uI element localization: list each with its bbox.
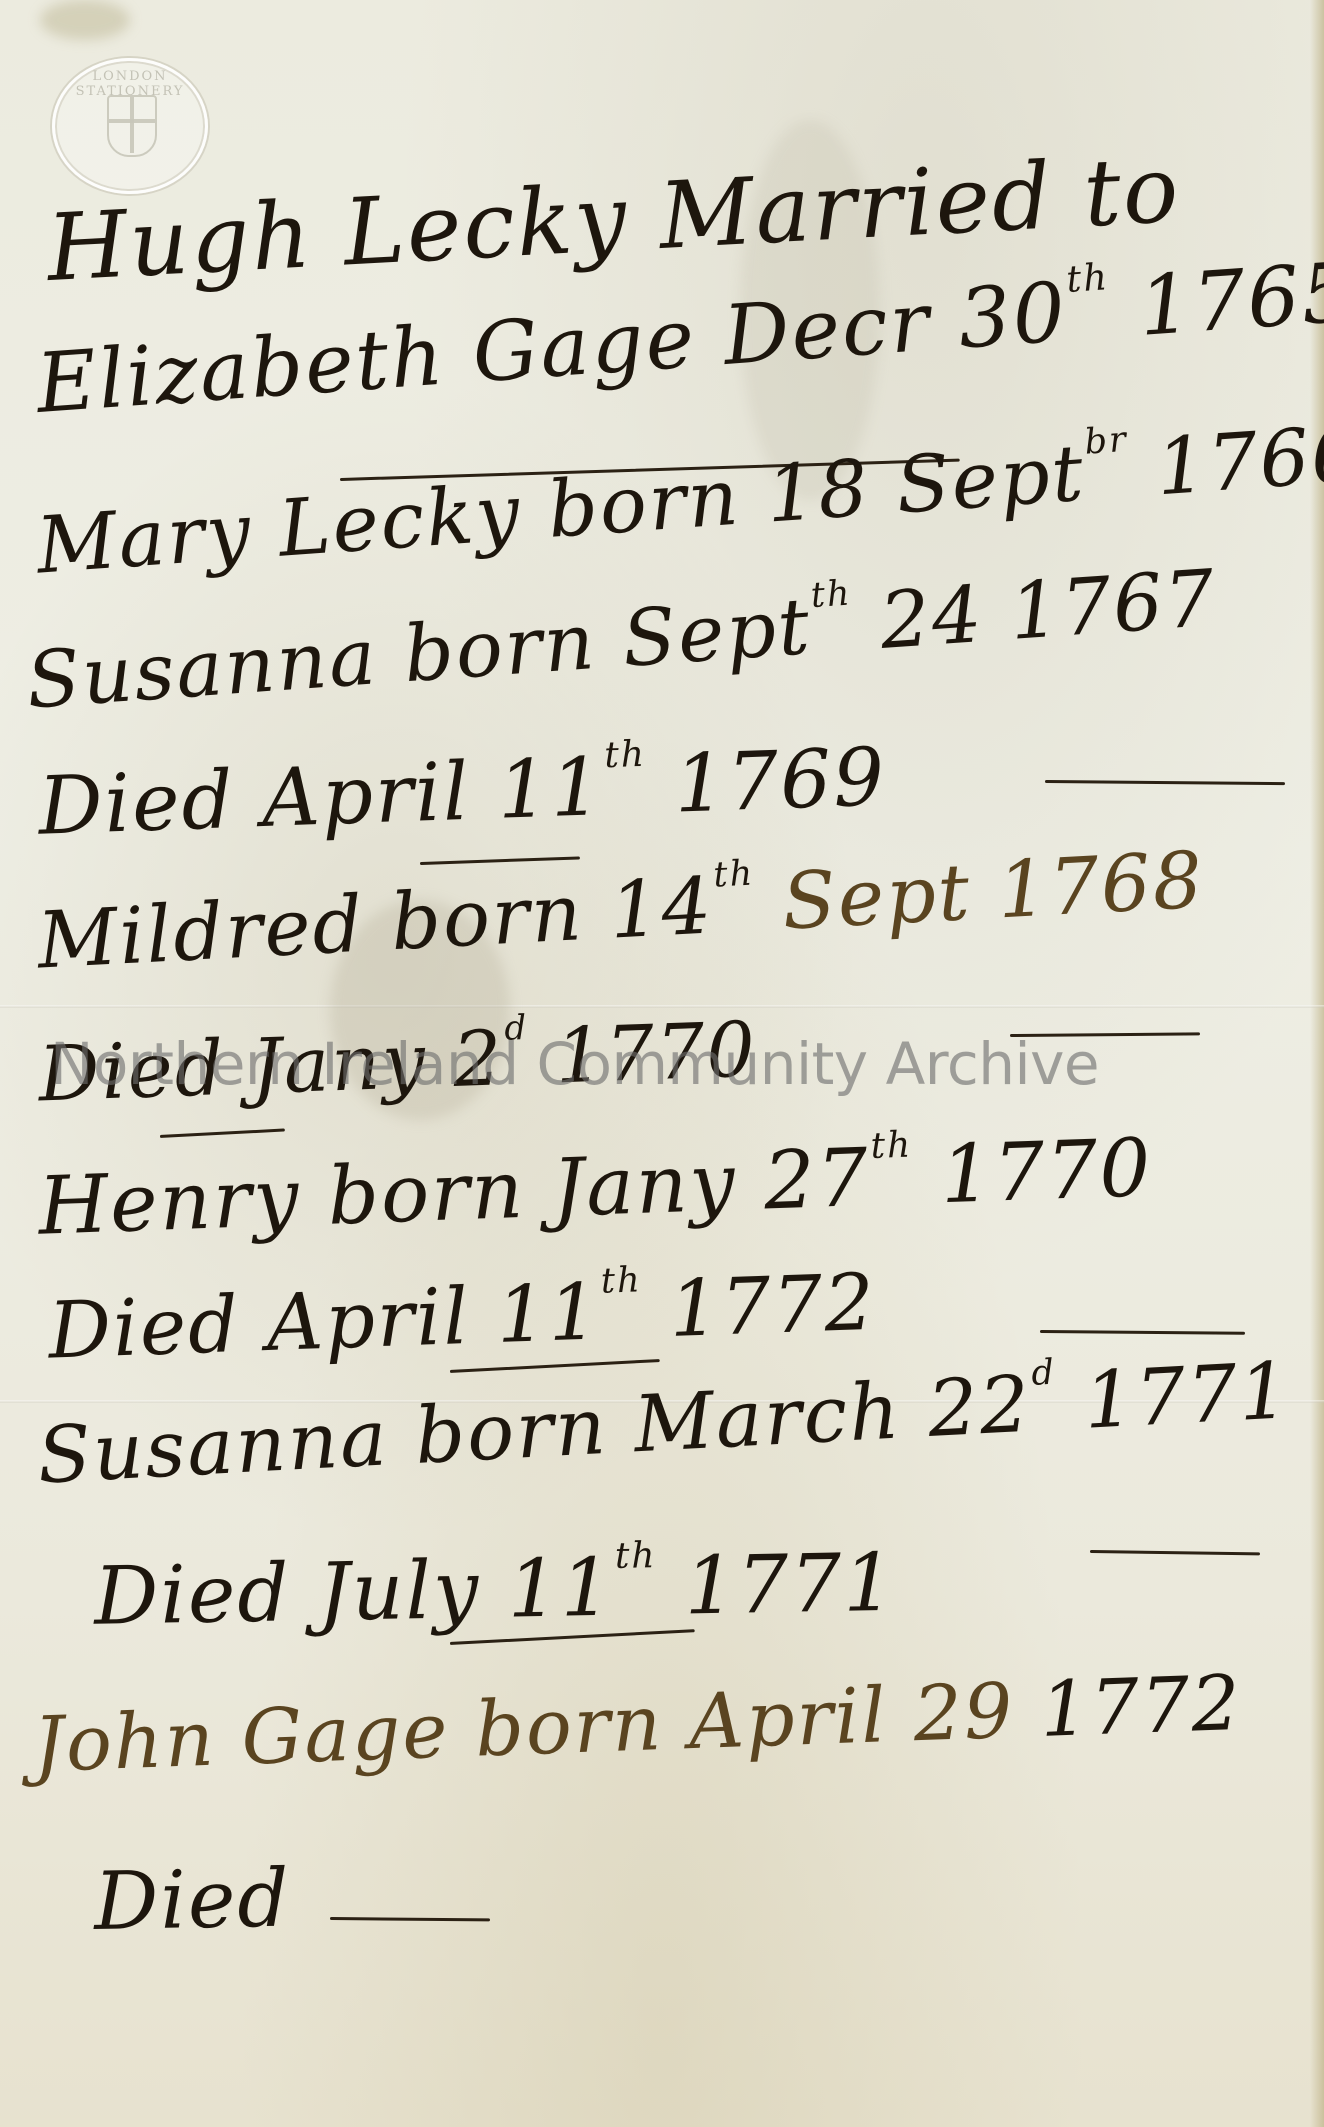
ordinal-suffix: d bbox=[1030, 1352, 1057, 1394]
line-text: Henry born Jany 27 bbox=[37, 1131, 872, 1253]
ordinal-suffix: th bbox=[600, 1259, 642, 1301]
shield-icon bbox=[107, 95, 157, 157]
line-death-susanna-2: Died July 11th 1771 bbox=[93, 1531, 897, 1643]
ordinal-suffix: th bbox=[712, 853, 755, 896]
line-year: 1771 bbox=[684, 1536, 897, 1633]
dash-stroke bbox=[330, 1917, 490, 1921]
ordinal-suffix: th bbox=[870, 1125, 913, 1167]
dash-stroke bbox=[1045, 780, 1285, 785]
ordinal-suffix: th bbox=[809, 572, 852, 616]
dash-stroke bbox=[160, 1128, 285, 1138]
line-year: 1766 bbox=[1153, 409, 1324, 513]
archive-watermark: Northern Ireland Community Archive bbox=[50, 1030, 1200, 1098]
line-year: 1772 bbox=[1039, 1658, 1243, 1754]
line-text: Mildred born 14 bbox=[35, 861, 715, 986]
line-text: Died July 11 bbox=[93, 1541, 614, 1643]
line-death-john: Died bbox=[93, 1852, 291, 1948]
line-year: 1772 bbox=[668, 1258, 878, 1355]
paper-stain bbox=[40, 0, 130, 40]
line-text: Died bbox=[93, 1852, 291, 1948]
ordinal-suffix: th bbox=[604, 734, 647, 776]
line-year: 1770 bbox=[939, 1121, 1154, 1221]
line-text: Susanna born Sept bbox=[24, 582, 814, 727]
ordinal-suffix: br bbox=[1083, 419, 1129, 463]
line-text: Died April 11 bbox=[37, 740, 605, 853]
line-year: 1765 bbox=[1136, 245, 1324, 355]
line-text: Susanna born March 22 bbox=[35, 1360, 1033, 1502]
line-death-susanna: Died April 11th 1769 bbox=[37, 725, 888, 852]
line-year: 24 1767 bbox=[877, 554, 1219, 667]
document-page: LONDON STATIONERY Hugh Lecky Married to … bbox=[0, 0, 1324, 2127]
dash-stroke bbox=[1040, 1330, 1245, 1335]
line-birth-mildred: Mildred born 14th Sept 1768 bbox=[35, 829, 1206, 987]
line-year: 1769 bbox=[673, 730, 888, 830]
line-year: 1771 bbox=[1082, 1346, 1293, 1447]
dash-stroke bbox=[1090, 1550, 1260, 1555]
line-text: Died April 11 bbox=[47, 1267, 602, 1376]
line-death-henry: Died April 11th 1772 bbox=[47, 1251, 878, 1376]
embossed-seal: LONDON STATIONERY bbox=[52, 58, 208, 194]
line-birth-henry: Henry born Jany 27th 1770 bbox=[37, 1116, 1154, 1253]
line-date: Sept 1768 bbox=[780, 836, 1206, 948]
ordinal-suffix: th bbox=[1065, 255, 1110, 301]
line-text: John Gage born April 29 bbox=[32, 1666, 1016, 1789]
ordinal-suffix: th bbox=[615, 1535, 657, 1577]
line-birth-john: John Gage born April 29 1772 bbox=[32, 1658, 1243, 1789]
